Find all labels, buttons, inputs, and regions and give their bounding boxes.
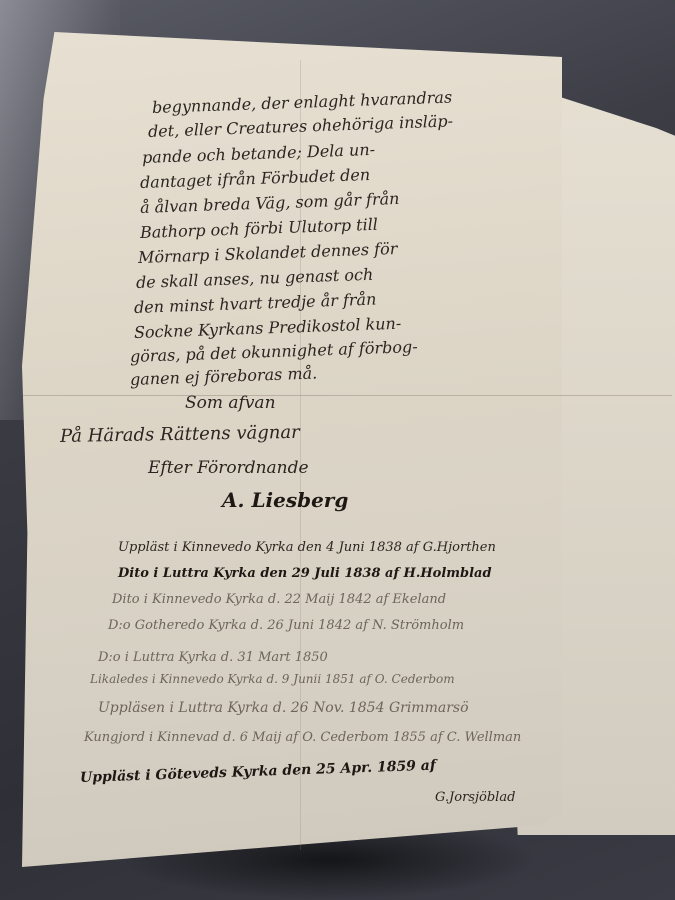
horizontal-fold-crease xyxy=(22,395,672,396)
annotation-line: Dito i Luttra Kyrka den 29 Juli 1838 af … xyxy=(118,566,492,581)
annotation-line: Dito i Kinnevedo Kyrka d. 22 Maij 1842 a… xyxy=(112,592,446,607)
annotation-line: Kungjord i Kinnevad d. 6 Maij af O. Cede… xyxy=(84,730,521,745)
annotation-line: Likaledes i Kinnevedo Kyrka d. 9 Junii 1… xyxy=(90,672,455,686)
court-line: På Härads Rättens vägnar xyxy=(60,422,300,447)
closing-line: Som afvan xyxy=(185,393,276,413)
signature: A. Liesberg xyxy=(222,488,348,512)
annotation-line: D:o Gotheredo Kyrka d. 26 Juni 1842 af N… xyxy=(108,618,464,633)
ex-officio-line: Efter Förordnande xyxy=(148,458,309,478)
annotation-line: D:o i Luttra Kyrka d. 31 Mart 1850 xyxy=(98,650,328,665)
annotation-line: Uppläsen i Luttra Kyrka d. 26 Nov. 1854 … xyxy=(98,700,469,716)
annotation-line: Uppläst i Kinnevedo Kyrka den 4 Juni 183… xyxy=(118,540,496,555)
annotation-signature: G.Jorsjöblad xyxy=(435,790,515,805)
